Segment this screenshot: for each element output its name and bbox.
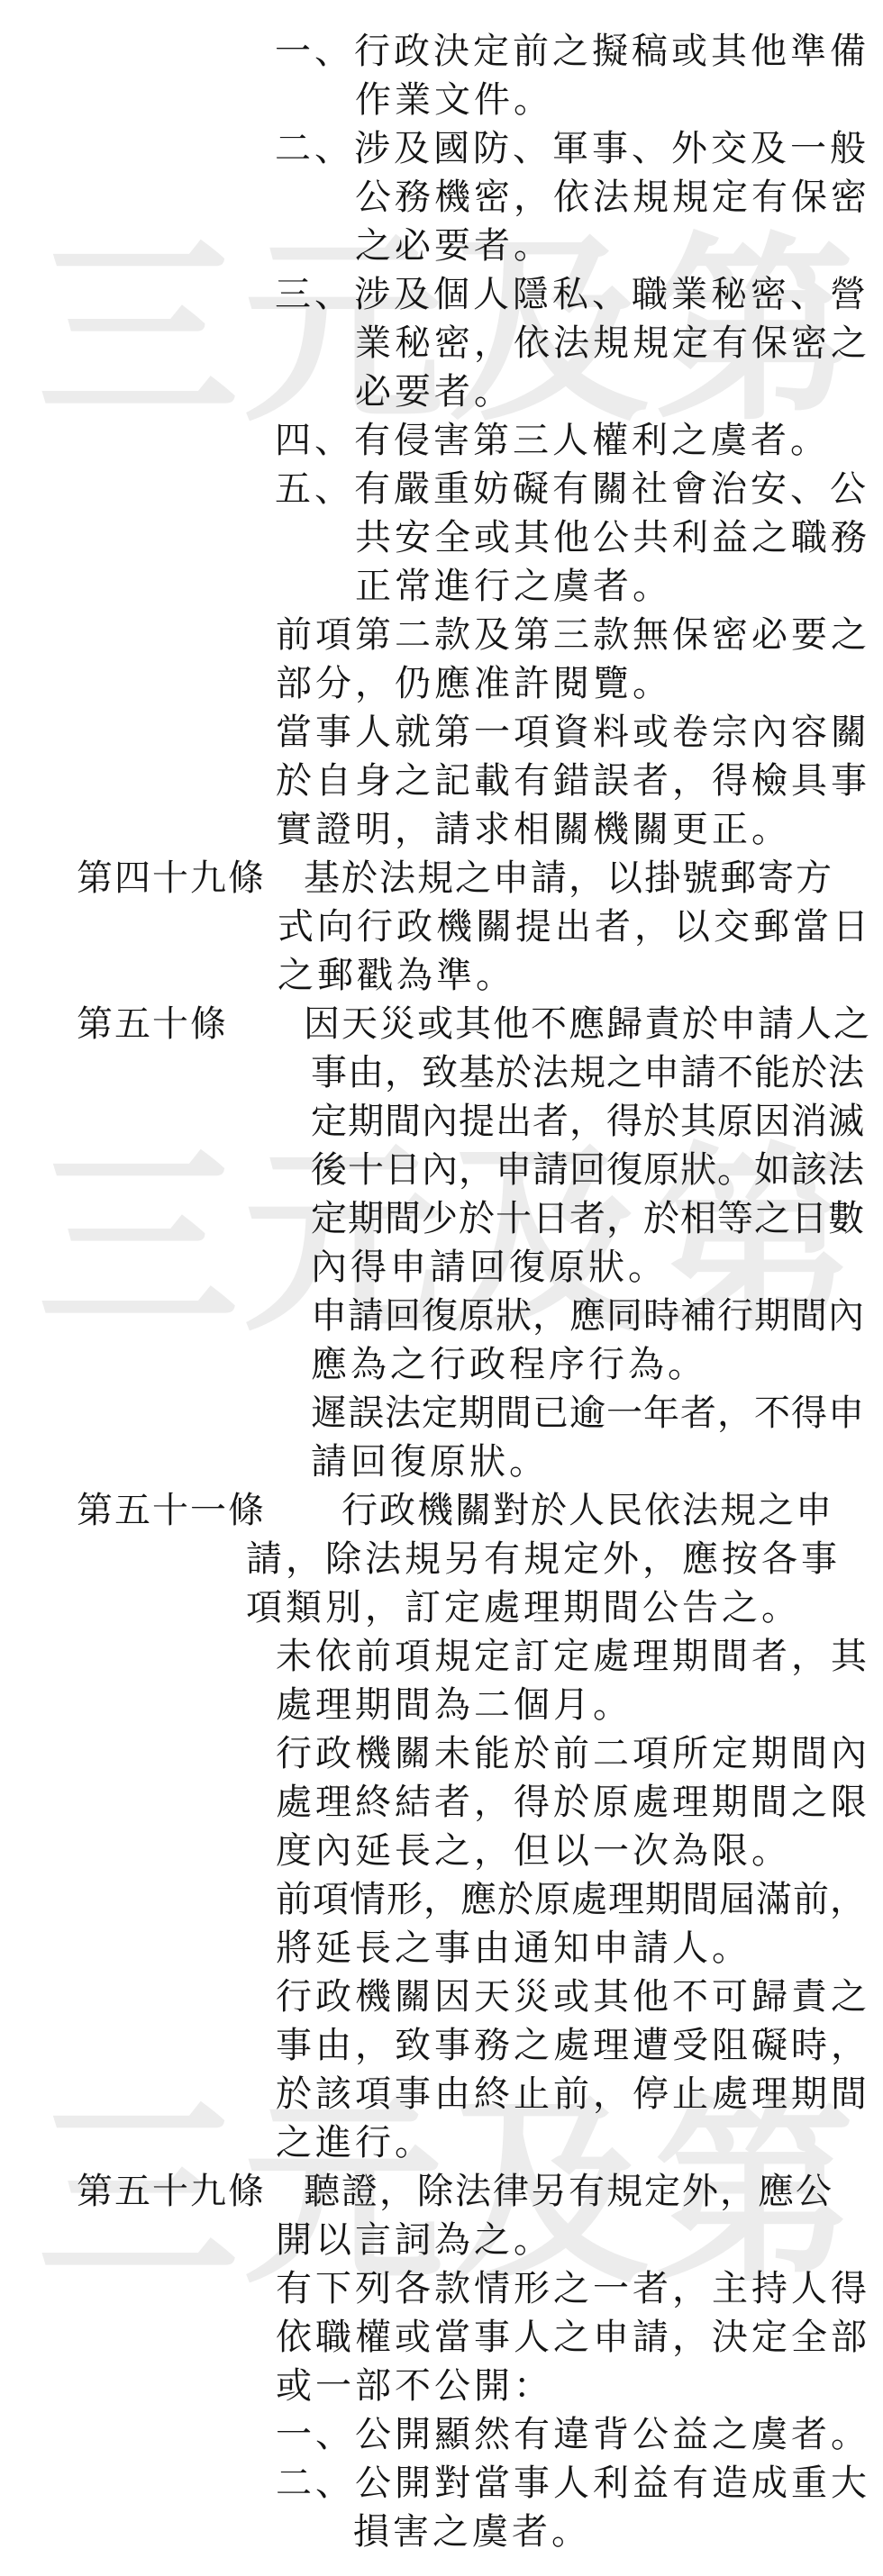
text-line: 處理終結者，得於原處理期間之限 — [276, 1778, 883, 1827]
text-line: 或一部不公開： — [276, 2362, 883, 2410]
text-line: 第四十九條 基於法規之申請，以掛號郵寄方 — [77, 854, 883, 903]
text-line: 之進行。 — [276, 2118, 883, 2167]
text-line: 一、行政決定前之擬稿或其他準備 — [275, 27, 883, 76]
text-line: 共安全或其他公共利益之職務 — [355, 513, 883, 562]
text-line: 實證明，請求相關機關更正。 — [276, 805, 883, 854]
text-line: 五、有嚴重妨礙有關社會治安、公 — [275, 465, 883, 513]
text-line: 應為之行政程序行為。 — [311, 1340, 883, 1389]
text-line: 第五十條 因天災或其他不應歸責於申請人之 — [77, 1000, 883, 1048]
text-line: 度內延長之，但以一次為限。 — [276, 1827, 883, 1875]
text-line: 第五十一條 行政機關對於人民依法規之申 — [77, 1486, 883, 1535]
text-line: 定期間少於十日者，於相等之日數 — [311, 1194, 883, 1243]
text-line: 公務機密，依法規規定有保密 — [355, 173, 883, 222]
text-line: 未依前項規定訂定處理期間者，其 — [276, 1632, 883, 1681]
text-line: 二、涉及國防、軍事、外交及一般 — [275, 124, 883, 173]
text-line: 業秘密，依法規規定有保密之 — [355, 319, 883, 367]
text-line: 之必要者。 — [355, 222, 883, 270]
text-line: 作業文件。 — [355, 76, 883, 124]
text-line: 第五十九條 聽證，除法律另有規定外，應公 — [77, 2167, 883, 2216]
text-line: 部分，仍應准許閱覽。 — [276, 659, 883, 708]
text-line: 項類別，訂定處理期間公告之。 — [246, 1583, 883, 1632]
text-line: 後十日內，申請回復原狀。如該法 — [311, 1146, 883, 1194]
text-line: 內得申請回復原狀。 — [311, 1243, 883, 1292]
text-line: 申請回復原狀，應同時補行期間內 — [311, 1292, 883, 1340]
text-line: 一、公開顯然有違背公益之虞者。 — [276, 2410, 883, 2459]
text-line: 請，除法規另有規定外，應按各事 — [246, 1535, 883, 1583]
text-line: 將延長之事由通知申請人。 — [276, 1924, 883, 1973]
text-line: 事由，致基於法規之申請不能於法 — [311, 1048, 883, 1097]
text-line: 前項第二款及第三款無保密必要之 — [276, 611, 883, 659]
text-line: 式向行政機關提出者，以交郵當日 — [278, 903, 883, 951]
text-line: 請回復原狀。 — [311, 1438, 883, 1486]
text-line: 遲誤法定期間已逾一年者，不得申 — [311, 1389, 883, 1438]
text-line: 事由，致事務之處理遭受阻礙時， — [276, 2021, 883, 2070]
text-line: 定期間內提出者，得於其原因消滅 — [311, 1097, 883, 1146]
document-page: 三元及第 三元及第 三元及第 一、行政決定前之擬稿或其他準備作業文件。二、涉及國… — [0, 0, 883, 2576]
text-line: 依職權或當事人之申請，決定全部 — [276, 2313, 883, 2362]
text-line: 於該項事由終止前，停止處理期間 — [276, 2070, 883, 2118]
text-line: 行政機關因天災或其他不可歸責之 — [276, 1973, 883, 2021]
text-line: 開以言詞為之。 — [276, 2216, 883, 2264]
legal-text-body: 一、行政決定前之擬稿或其他準備作業文件。二、涉及國防、軍事、外交及一般公務機密，… — [0, 27, 883, 2556]
text-line: 三、涉及個人隱私、職業秘密、營 — [275, 270, 883, 319]
text-line: 處理期間為二個月。 — [276, 1681, 883, 1729]
text-line: 前項情形，應於原處理期間屆滿前， — [276, 1875, 883, 1924]
text-line: 二、公開對當事人利益有造成重大 — [276, 2459, 883, 2508]
text-line: 之郵戳為準。 — [278, 951, 883, 1000]
text-line: 於自身之記載有錯誤者，得檢具事 — [276, 757, 883, 805]
text-line: 四、有侵害第三人權利之虞者。 — [275, 416, 883, 465]
text-line: 正常進行之虞者。 — [355, 562, 883, 611]
text-line: 必要者。 — [355, 367, 883, 416]
text-line: 有下列各款情形之一者，主持人得 — [276, 2264, 883, 2313]
text-line: 當事人就第一項資料或卷宗內容關 — [276, 708, 883, 757]
text-line: 損害之虞者。 — [353, 2508, 883, 2556]
text-line: 行政機關未能於前二項所定期間內 — [276, 1729, 883, 1778]
